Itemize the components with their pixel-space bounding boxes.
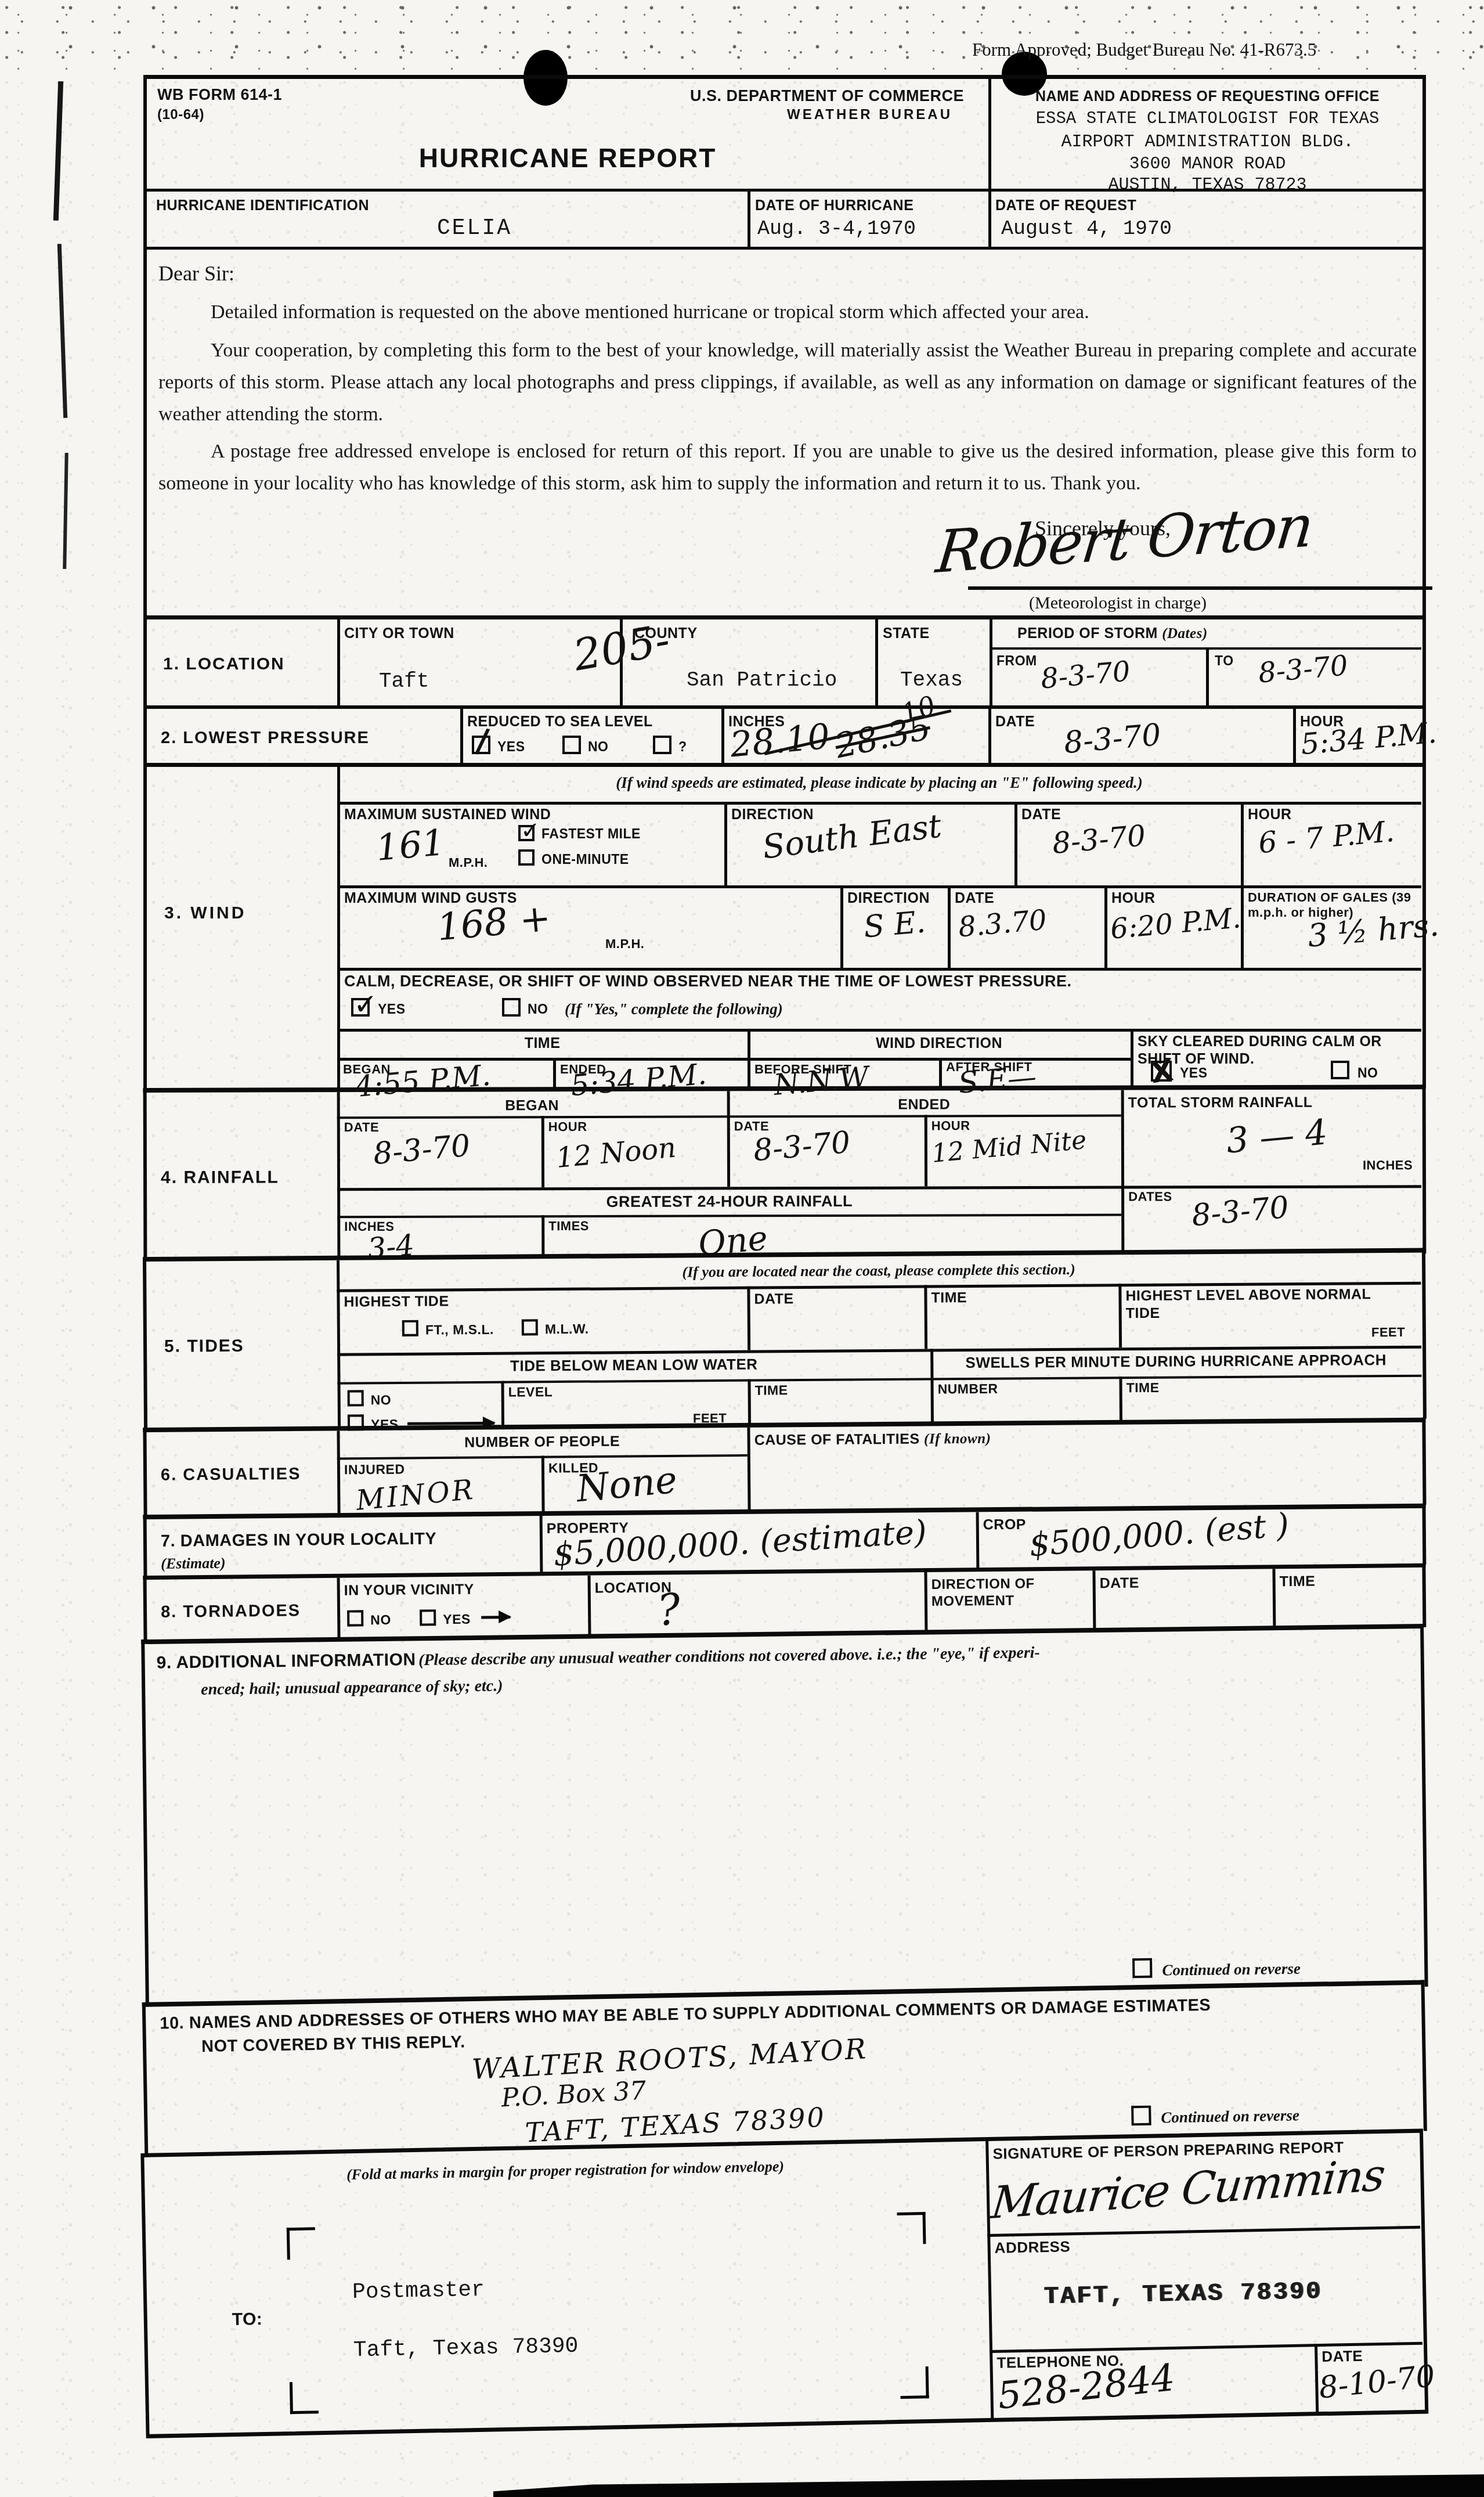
calm-no-label: NO (528, 1001, 548, 1017)
footer-row: (Fold at marks in margin for proper regi… (140, 2129, 1428, 2438)
sky-no-checkbox (1331, 1061, 1349, 1079)
scanned-hurricane-report: Form Approved; Budget Bureau No. 41-R673… (0, 0, 1484, 2497)
after-shift-value: S.E— (957, 1060, 1038, 1100)
tornado-direction-label: DIRECTION OF MOVEMENT (931, 1575, 1083, 1610)
check-mark-icon: ✓ (353, 990, 378, 1019)
from-label: FROM (996, 653, 1037, 668)
tornado-yes-label: YES (443, 1612, 471, 1627)
section-6-label: 6. CASUALTIES (161, 1465, 301, 1485)
max-gusts-mph: M.P.H. (605, 936, 644, 951)
bottom-scan-band (493, 2474, 1484, 2497)
date-of-request-value: August 4, 1970 (1001, 217, 1172, 240)
signature-caption: (Meteorologist in charge) (1029, 593, 1207, 613)
gusts-direction-value: S E. (862, 905, 927, 945)
tides-row: 5. TIDES (If you are located near the co… (143, 1248, 1427, 1428)
sustained-date-label: DATE (1021, 806, 1061, 823)
fold-mark-icon (897, 2212, 926, 2244)
yes-arrow-icon (481, 1616, 510, 1619)
form-number: WB FORM 614-1 (157, 86, 282, 104)
max-sustained-mph: M.P.H. (449, 855, 488, 870)
fold-mark-icon (290, 2381, 319, 2414)
state-value: Texas (900, 668, 963, 692)
to-label: TO: (232, 2309, 262, 2330)
estimate-label: (Estimate) (161, 1555, 225, 1573)
section-9-instructions: (Please describe any unusual weather con… (418, 1644, 1040, 1669)
calm-yes-label: YES (378, 1001, 406, 1017)
tornado-date-label: DATE (1100, 1575, 1139, 1592)
footer-date-label: DATE (1321, 2348, 1363, 2366)
form-title: HURRICANE REPORT (147, 143, 988, 174)
date-of-hurricane-value: Aug. 3-4,1970 (757, 217, 916, 240)
max-sustained-label: MAXIMUM SUSTAINED WIND (344, 806, 551, 823)
date-of-hurricane-label: DATE OF HURRICANE (755, 197, 913, 214)
section-3-label: 3. WIND (164, 903, 246, 924)
continued-on-reverse: Continued on reverse (1161, 2106, 1299, 2127)
date-of-request-label: DATE OF REQUEST (995, 197, 1136, 214)
crop-value: $500,000. (est ) (1028, 1506, 1290, 1564)
fold-mark-icon (900, 2366, 929, 2399)
section-4-label: 4. RAINFALL (161, 1168, 279, 1188)
section-5-label: 5. TIDES (164, 1336, 244, 1357)
section-2-label: 2. LOWEST PRESSURE (161, 729, 370, 748)
section-8-label: 8. TORNADOES (161, 1601, 301, 1622)
sustained-hour-label: HOUR (1248, 806, 1292, 823)
office-line-2: AIRPORT ADMINISTRATION BLDG. (991, 132, 1424, 152)
injured-value: MINOR (355, 1473, 476, 1517)
letter-block: Dear Sir: Detailed information is reques… (143, 247, 1426, 615)
section-1-label: 1. LOCATION (163, 654, 285, 675)
mlw-checkbox (522, 1319, 538, 1335)
max-sustained-value: 161 (374, 821, 446, 869)
footer-date-value: 8-10-70 (1317, 2359, 1437, 2406)
sky-no-label: NO (1357, 1065, 1378, 1080)
swells-header: SWELLS PER MINUTE DURING HURRICANE APPRO… (930, 1352, 1421, 1372)
pressure-row: 2. LOWEST PRESSURE REDUCED TO SEA LEVEL … (143, 705, 1426, 763)
highest-level-label: HIGHEST LEVEL ABOVE NORMAL TIDE (1125, 1285, 1398, 1322)
swells-time-label: TIME (1126, 1380, 1159, 1396)
greatest-times-label: TIMES (548, 1219, 589, 1233)
gusts-date-label: DATE (955, 890, 994, 907)
rain-d1-value: 8-3-70 (372, 1128, 472, 1172)
total-rainfall-label: TOTAL STORM RAINFALL (1128, 1094, 1313, 1112)
tornado-no-checkbox (347, 1610, 363, 1626)
salutation: Dear Sir: (158, 261, 234, 286)
pressure-no-label: NO (588, 739, 609, 754)
signature-underline (968, 586, 1432, 590)
wind-direction-header: WIND DIRECTION (748, 1035, 1131, 1052)
rain-h1-label: HOUR (548, 1119, 587, 1134)
cause-of-fatalities-label: CAUSE OF FATALITIES (If known) (754, 1431, 991, 1450)
level2-label: LEVEL (508, 1384, 553, 1400)
budget-bureau-stamp: Form Approved; Budget Bureau No. 41-R673… (972, 39, 1316, 60)
period-of-storm-label: PERIOD OF STORM (Dates) (1017, 625, 1208, 643)
mail-to-line-2: Taft, Texas 78390 (353, 2334, 578, 2363)
killed-value: None (575, 1458, 679, 1511)
torn-edge-mark (63, 453, 68, 569)
greatest-dates-label: DATES (1128, 1189, 1172, 1204)
rain-h1-value: 12 Noon (555, 1132, 677, 1174)
calm-note: (If "Yes," complete the following) (565, 1000, 783, 1018)
ft-msl-label: FT., M.S.L. (425, 1322, 494, 1338)
city-value: Taft (379, 669, 429, 693)
mail-to-line-1: Postmaster (352, 2278, 485, 2305)
bureau-line: WEATHER BUREAU (787, 107, 952, 123)
office-line-3: 3600 MANOR ROAD (991, 154, 1424, 174)
county-value: San Patricio (687, 668, 837, 692)
letter-paragraph-2: Your cooperation, by completing this for… (158, 334, 1417, 430)
section-9-label: 9. ADDITIONAL INFORMATION (156, 1650, 416, 1672)
pressure-unknown-checkbox (653, 736, 671, 754)
sustained-direction-label: DIRECTION (731, 806, 814, 823)
wind-row: 3. WIND (If wind speeds are estimated, p… (143, 763, 1426, 1088)
gusts-direction-label: DIRECTION (847, 890, 930, 907)
vicinity-label: IN YOUR VICINITY (344, 1581, 475, 1599)
tide-no-label: NO (371, 1392, 392, 1408)
tornado-time-label: TIME (1280, 1573, 1316, 1590)
pressure-date-value: 8-3-70 (1063, 718, 1162, 761)
section-10-label-2: NOT COVERED BY THIS REPLY. (201, 2033, 465, 2056)
one-minute-checkbox (518, 849, 535, 866)
rainfall-row: 4. RAINFALL BEGAN ENDED DATE 8-3-70 HOUR… (143, 1084, 1427, 1257)
total-rainfall-unit: INCHES (1363, 1158, 1413, 1173)
letter-paragraph-1: Detailed information is requested on the… (158, 296, 1417, 328)
rain-d2-label: DATE (734, 1119, 769, 1133)
sustained-date-value: 8-3-70 (1051, 819, 1147, 860)
sky-yes-label: YES (1180, 1065, 1208, 1080)
rain-d1-label: DATE (344, 1120, 379, 1134)
department-line: U.S. DEPARTMENT OF COMMERCE (690, 87, 964, 105)
tornado-yes-checkbox (420, 1609, 436, 1626)
to-label: TO (1215, 653, 1234, 668)
form-revision: (10-64) (157, 107, 204, 123)
tide-date-label: DATE (754, 1291, 793, 1307)
office-line-1: ESSA STATE CLIMATOLOGIST FOR TEXAS (991, 109, 1424, 128)
wind-estimate-note: (If wind speeds are estimated, please in… (337, 774, 1421, 792)
preparer-address-label: ADDRESS (994, 2238, 1070, 2257)
pressure-unknown-label: ? (678, 739, 687, 754)
location-row: 1. LOCATION CITY OR TOWN Taft 205- COUNT… (143, 615, 1426, 705)
x-mark-icon: X (1149, 1056, 1175, 1088)
gusts-date-value: 8.3.70 (957, 903, 1048, 943)
continued-checkbox (1132, 1958, 1152, 1978)
torn-edge-mark (57, 244, 67, 418)
fold-mark-icon (287, 2227, 316, 2260)
section-9-instructions-2: enced; hail; unusual appearance of sky; … (201, 1677, 503, 1699)
calm-title: CALM, DECREASE, OR SHIFT OF WIND OBSERVE… (344, 972, 1072, 990)
check-mark-icon: ✓ (521, 819, 540, 842)
section-7-label: 7. DAMAGES IN YOUR LOCALITY (161, 1530, 437, 1551)
requesting-office-label: NAME AND ADDRESS OF REQUESTING OFFICE (991, 88, 1424, 105)
highest-level-feet: FEET (1371, 1325, 1405, 1340)
continued-on-reverse: Continued on reverse (1162, 1960, 1301, 1980)
casualties-row: 6. CASUALTIES NUMBER OF PEOPLE INJURED M… (143, 1418, 1426, 1515)
to-value: 8-3-70 (1257, 649, 1349, 689)
tides-note: (If you are located near the coast, plea… (337, 1259, 1421, 1284)
mlw-label: M.L.W. (545, 1321, 589, 1337)
crop-label: CROP (983, 1516, 1026, 1533)
county-label: COUNTY (634, 625, 698, 642)
swells-number-label: NUMBER (938, 1381, 998, 1397)
calm-no-checkbox (502, 998, 521, 1017)
city-label: CITY OR TOWN (344, 625, 454, 642)
tornado-no-label: NO (370, 1612, 391, 1628)
gusts-hour-label: HOUR (1111, 890, 1156, 907)
fold-note: (Fold at marks in margin for proper regi… (145, 2154, 986, 2188)
greatest-dates-value: 8-3-70 (1190, 1190, 1290, 1234)
rain-h2-label: HOUR (931, 1118, 970, 1133)
preparer-address-value: TAFT, TEXAS 78390 (1044, 2278, 1322, 2311)
calm-yes-checkbox: ✓ (351, 998, 370, 1017)
hurricane-id-value: CELIA (437, 216, 512, 241)
tide-no-checkbox (348, 1390, 364, 1406)
meteorologist-signature: Robert Orton (933, 492, 1316, 586)
reduced-to-sea-level-label: REDUCED TO SEA LEVEL (467, 714, 653, 730)
time-header: TIME (337, 1035, 748, 1052)
pressure-no-checkbox (562, 736, 581, 754)
form-header-row: WB FORM 614-1 (10-64) U.S. DEPARTMENT OF… (143, 75, 1426, 189)
continued-checkbox (1131, 2106, 1151, 2126)
ft-msl-checkbox (402, 1320, 418, 1336)
torn-edge-mark (53, 81, 63, 221)
hurricane-id-label: HURRICANE IDENTIFICATION (156, 197, 369, 214)
max-gusts-value: 168 + (435, 897, 553, 950)
contact-line-1: WALTER ROOTS, MAYOR (471, 2033, 869, 2086)
letter-paragraph-3: A postage free addressed envelope is enc… (158, 435, 1417, 499)
gusts-hour-value: 6:20 P.M. (1109, 902, 1242, 945)
tide-time2-label: TIME (755, 1382, 788, 1398)
tornado-location-value: ? (655, 1584, 683, 1636)
injured-label: INJURED (344, 1461, 405, 1477)
from-value: 8-3-70 (1039, 655, 1132, 695)
highest-tide-label: HIGHEST TIDE (344, 1293, 449, 1310)
tide-below-header: TIDE BELOW MEAN LOW WATER (337, 1355, 930, 1377)
fastest-mile-checkbox: ✓ (518, 825, 535, 841)
state-label: STATE (883, 625, 930, 642)
total-rainfall-value: 3 — 4 (1225, 1112, 1329, 1161)
hurricane-id-row: HURRICANE IDENTIFICATION CELIA DATE OF H… (143, 189, 1426, 247)
tide-time-label: TIME (931, 1289, 967, 1306)
sky-cleared-header: SKY CLEARED DURING CALM OR SHIFT OF WIND… (1138, 1033, 1416, 1068)
pressure-yes-label: YES (497, 739, 525, 754)
number-of-people-header: NUMBER OF PEOPLE (337, 1432, 748, 1452)
greatest-24h-header: GREATEST 24-HOUR RAINFALL (337, 1192, 1121, 1212)
one-minute-label: ONE-MINUTE (541, 852, 629, 867)
names-row: 10. NAMES AND ADDRESSES OF OTHERS WHO MA… (142, 1980, 1427, 2153)
pressure-yes-checkbox: / (472, 736, 490, 754)
sky-yes-checkbox: X (1151, 1061, 1172, 1082)
fastest-mile-label: FASTEST MILE (541, 826, 641, 841)
additional-info-row: 9. ADDITIONAL INFORMATION (Please descri… (141, 1624, 1428, 2002)
pressure-date-label: DATE (995, 714, 1035, 730)
